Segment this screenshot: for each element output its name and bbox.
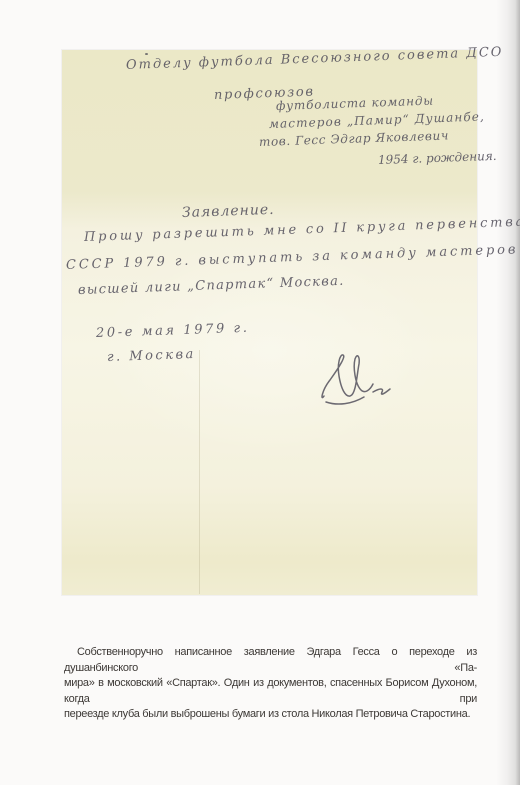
caption-line-3: переезде клуба были выброшены бумаги из … [64, 707, 477, 723]
document-photo: Отделу футбола Всесоюзного совета ДСО пр… [62, 50, 477, 595]
handwritten-place: г. Москва [107, 348, 196, 365]
photo-caption: Собственноручно написанное заявление Эдг… [64, 645, 477, 723]
handwritten-body-line-3: высшей лиги „Спартак“ Москва. [78, 275, 345, 299]
caption-line-1: Собственноручно написанное заявление Эдг… [64, 645, 477, 676]
caption-line-2: мира» в московский «Спартак». Один из до… [64, 676, 477, 707]
page-edge-shadow [496, 0, 520, 785]
handwritten-title: Заявление. [182, 203, 275, 222]
book-page: Отделу футбола Всесоюзного совета ДСО пр… [0, 0, 520, 785]
handwritten-addressee-line-1: Отделу футбола Всесоюзного совета ДСО [126, 46, 504, 73]
handwritten-from-line-4: 1954 г. рождения. [378, 150, 497, 167]
handwritten-body-line-2: СССР 1979 г. выступать за команду мастер… [66, 243, 519, 273]
handwritten-date: 20-е мая 1979 г. [96, 322, 250, 342]
paper-crease [199, 350, 200, 594]
handwritten-from-line-2: мастеров „Памир“ Душанбе, [269, 110, 485, 131]
handwritten-from-line-3: тов. Гесс Эдгар Яковлевич [259, 129, 449, 149]
signature-flourish-icon [318, 352, 398, 407]
ink-speck [145, 53, 148, 55]
handwritten-from-line-1: футболиста команды [276, 94, 434, 113]
handwritten-body-line-1: Прошу разрешить мне со II круга первенст… [84, 216, 520, 246]
